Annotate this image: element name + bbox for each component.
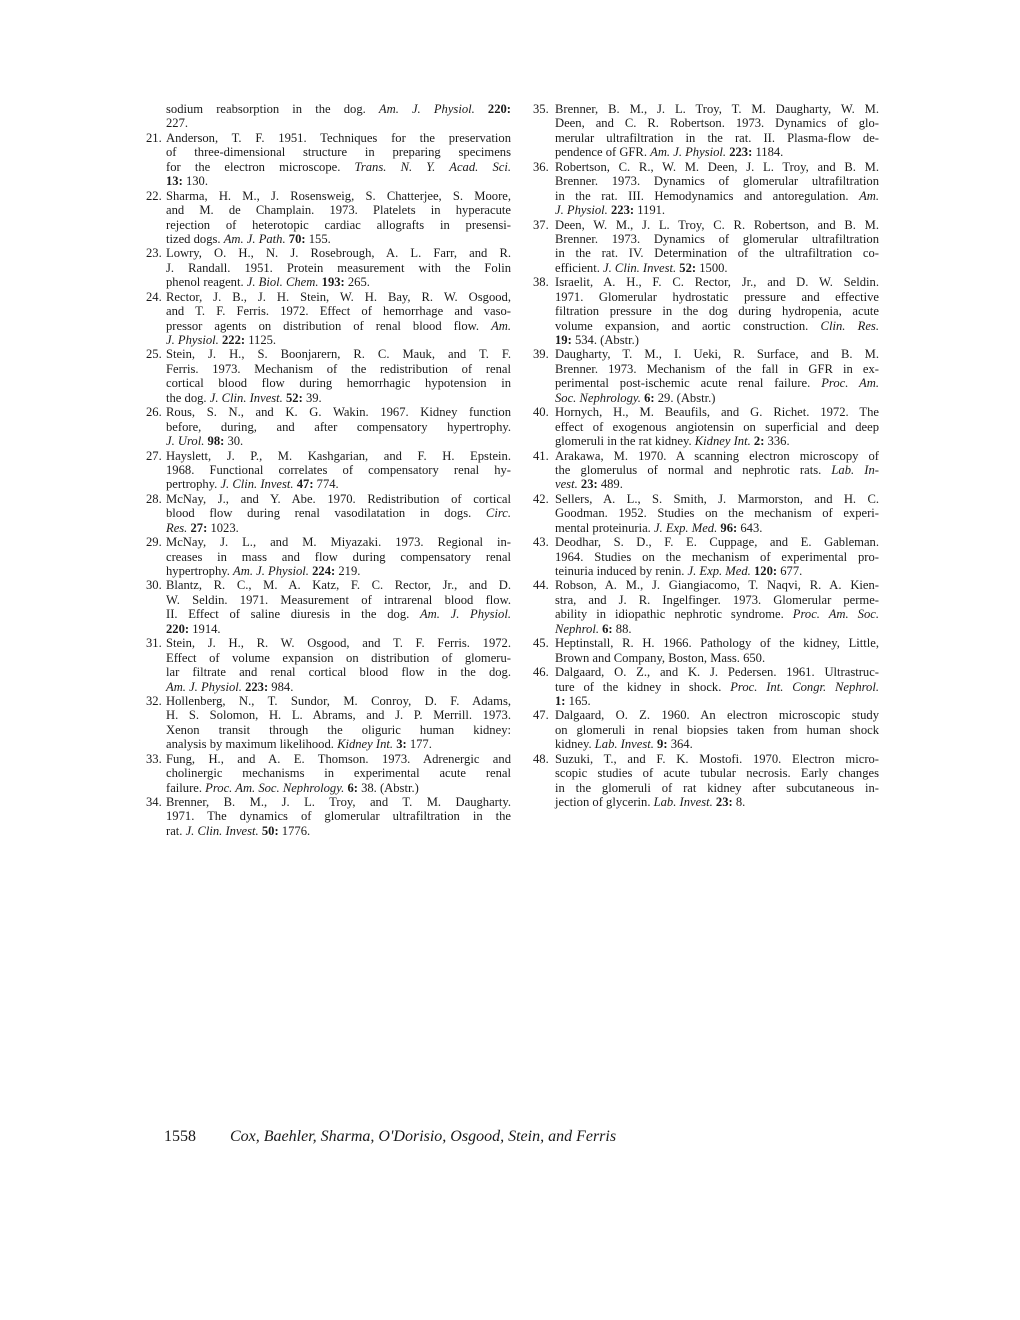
reference-line: Fung, H., and A. E. Thomson. 1973. Adren… (166, 752, 511, 766)
reference-line: blood flow during renal vasodilatation i… (166, 506, 511, 520)
reference-line: lar filtrate and renal cortical blood fl… (166, 665, 511, 679)
reference-line: Soc. Nephrology. 6: 29. (Abstr.) (555, 391, 879, 405)
reference-item: 28.McNay, J., and Y. Abe. 1970. Redistri… (166, 492, 511, 535)
reference-number: 48. (533, 752, 553, 766)
reference-line: rejection of heterotopic cardiac allogra… (166, 218, 511, 232)
reference-number: 38. (533, 275, 553, 289)
reference-number: 31. (146, 636, 166, 650)
page-footer: 1558 Cox, Baehler, Sharma, O'Dorisio, Os… (164, 1128, 616, 1146)
reference-line: W. Seldin. 1971. Measurement of intraren… (166, 593, 511, 607)
reference-line: II. Effect of saline diuresis in the dog… (166, 607, 511, 621)
reference-item: 41.Arakawa, M. 1970. A scanning electron… (555, 449, 879, 492)
reference-number: 44. (533, 578, 553, 592)
reference-item: 42.Sellers, A. L., S. Smith, J. Marmorst… (555, 492, 879, 535)
reference-number: 30. (146, 578, 166, 592)
reference-line: 1: 165. (555, 694, 879, 708)
reference-item: 31.Stein, J. H., R. W. Osgood, and T. F.… (166, 636, 511, 694)
reference-line: Lowry, O. H., N. J. Rosebrough, A. L. Fa… (166, 246, 511, 260)
reference-item: 36.Robertson, C. R., W. M. Deen, J. L. T… (555, 160, 879, 218)
reference-number: 47. (533, 708, 553, 722)
reference-line: Brenner. 1973. Mechanism of the fall in … (555, 362, 879, 376)
reference-line: Goodman. 1952. Studies on the mechanism … (555, 506, 879, 520)
reference-line: Stein, J. H., R. W. Osgood, and T. F. Fe… (166, 636, 511, 650)
reference-line: mental proteinuria. J. Exp. Med. 96: 643… (555, 521, 879, 535)
reference-line: ture of the kidney in shock. Proc. Int. … (555, 680, 879, 694)
reference-item: 33.Fung, H., and A. E. Thomson. 1973. Ad… (166, 752, 511, 795)
reference-item: 25.Stein, J. H., S. Boonjarern, R. C. Ma… (166, 347, 511, 405)
reference-number: 42. (533, 492, 553, 506)
reference-line: 1964. Studies on the mechanism of experi… (555, 550, 879, 564)
reference-number: 43. (533, 535, 553, 549)
reference-line: rat. J. Clin. Invest. 50: 1776. (166, 824, 511, 838)
reference-line: Rector, J. B., J. H. Stein, W. H. Bay, R… (166, 290, 511, 304)
reference-item: 40.Hornych, H., M. Beaufils, and G. Rich… (555, 405, 879, 448)
reference-line: Ferris. 1973. Mechanism of the redistrib… (166, 362, 511, 376)
reference-number: 40. (533, 405, 553, 419)
reference-line: Arakawa, M. 1970. A scanning electron mi… (555, 449, 879, 463)
reference-line: cortical blood flow during hemorrhagic h… (166, 376, 511, 390)
reference-number: 29. (146, 535, 166, 549)
reference-item: 37.Deen, W. M., J. L. Troy, C. R. Robert… (555, 218, 879, 276)
reference-item: 38.Israelit, A. H., F. C. Rector, Jr., a… (555, 275, 879, 347)
reference-line: Rous, S. N., and K. G. Wakin. 1967. Kidn… (166, 405, 511, 419)
reference-item: 45.Heptinstall, R. H. 1966. Pathology of… (555, 636, 879, 665)
page-number: 1558 (164, 1128, 204, 1146)
reference-item: 27.Hayslett, J. P., M. Kashgarian, and F… (166, 449, 511, 492)
reference-line: teinuria induced by renin. J. Exp. Med. … (555, 564, 879, 578)
reference-line: McNay, J., and Y. Abe. 1970. Redistribut… (166, 492, 511, 506)
reference-line: Brenner. 1973. Dynamics of glomerular ul… (555, 232, 879, 246)
reference-line: tized dogs. Am. J. Path. 70: 155. (166, 232, 511, 246)
reference-item: 22.Sharma, H. M., J. Rosensweig, S. Chat… (166, 189, 511, 247)
reference-line: Anderson, T. F. 1951. Techniques for the… (166, 131, 511, 145)
reference-number: 28. (146, 492, 166, 506)
reference-item: 35.Brenner, B. M., J. L. Troy, T. M. Dau… (555, 102, 879, 160)
reference-line: Brenner, B. M., J. L. Troy, and T. M. Da… (166, 795, 511, 809)
reference-number: 34. (146, 795, 166, 809)
reference-line: efficient. J. Clin. Invest. 52: 1500. (555, 261, 879, 275)
reference-line: before, during, and after compensatory h… (166, 420, 511, 434)
reference-line: on glomeruli in renal biopsies taken fro… (555, 723, 879, 737)
reference-number: 39. (533, 347, 553, 361)
reference-line: J. Randall. 1951. Protein measurement wi… (166, 261, 511, 275)
reference-number: 21. (146, 131, 166, 145)
reference-number: 32. (146, 694, 166, 708)
reference-line: glomeruli in the rat kidney. Kidney Int.… (555, 434, 879, 448)
reference-item: 30.Blantz, R. C., M. A. Katz, F. C. Rect… (166, 578, 511, 636)
reference-line: 1971. Glomerular hydrostatic pressure an… (555, 290, 879, 304)
reference-item: 46.Dalgaard, O. Z., and K. J. Pedersen. … (555, 665, 879, 708)
running-authors: Cox, Baehler, Sharma, O'Dorisio, Osgood,… (230, 1128, 616, 1145)
reference-line: Nephrol. 6: 88. (555, 622, 879, 636)
reference-number: 37. (533, 218, 553, 232)
reference-number: 26. (146, 405, 166, 419)
reference-line: 1971. The dynamics of glomerular ultrafi… (166, 809, 511, 823)
reference-line: 1968. Functional correlates of compensat… (166, 463, 511, 477)
reference-item: 24.Rector, J. B., J. H. Stein, W. H. Bay… (166, 290, 511, 348)
reference-number: 23. (146, 246, 166, 260)
references-left-column: sodium reabsorption in the dog. Am. J. P… (166, 102, 511, 838)
reference-line: Robertson, C. R., W. M. Deen, J. L. Troy… (555, 160, 879, 174)
reference-line: Hornych, H., M. Beaufils, and G. Richet.… (555, 405, 879, 419)
reference-line: filtration pressure in the dog during hy… (555, 304, 879, 318)
reference-line: creases in mass and flow during compensa… (166, 550, 511, 564)
reference-line: J. Urol. 98: 30. (166, 434, 511, 448)
reference-line: Suzuki, T., and F. K. Mostofi. 1970. Ele… (555, 752, 879, 766)
reference-item: 23.Lowry, O. H., N. J. Rosebrough, A. L.… (166, 246, 511, 289)
reference-line: Sellers, A. L., S. Smith, J. Marmorston,… (555, 492, 879, 506)
reference-number: 27. (146, 449, 166, 463)
reference-continuation: sodium reabsorption in the dog. Am. J. P… (166, 102, 511, 131)
reference-line: Hollenberg, N., T. Sundor, M. Conroy, D.… (166, 694, 511, 708)
reference-line: Res. 27: 1023. (166, 521, 511, 535)
reference-number: 22. (146, 189, 166, 203)
reference-line: pressor agents on distribution of renal … (166, 319, 511, 333)
reference-line: H. S. Solomon, H. L. Abrams, and J. P. M… (166, 708, 511, 722)
reference-line: McNay, J. L., and M. Miyazaki. 1973. Reg… (166, 535, 511, 549)
reference-number: 45. (533, 636, 553, 650)
reference-line: Deen, and C. R. Robertson. 1973. Dynamic… (555, 116, 879, 130)
reference-line: Deodhar, S. D., F. E. Cuppage, and E. Ga… (555, 535, 879, 549)
reference-line: ability in idiopathic nephrotic syndrome… (555, 607, 879, 621)
reference-line: for the electron microscope. Trans. N. Y… (166, 160, 511, 174)
reference-line: Blantz, R. C., M. A. Katz, F. C. Rector,… (166, 578, 511, 592)
reference-line: and M. de Champlain. 1973. Platelets in … (166, 203, 511, 217)
reference-number: 25. (146, 347, 166, 361)
reference-number: 46. (533, 665, 553, 679)
reference-line: Effect of volume expansion on distributi… (166, 651, 511, 665)
reference-line: scopic studies of acute tubular necrosis… (555, 766, 879, 780)
reference-line: in the rat. III. Hemodynamics and antore… (555, 189, 879, 203)
reference-line: Brown and Company, Boston, Mass. 650. (555, 651, 879, 665)
reference-item: 32.Hollenberg, N., T. Sundor, M. Conroy,… (166, 694, 511, 752)
reference-line: the dog. J. Clin. Invest. 52: 39. (166, 391, 511, 405)
reference-line: hypertrophy. Am. J. Physiol. 224: 219. (166, 564, 511, 578)
reference-line: Dalgaard, O. Z. 1960. An electron micros… (555, 708, 879, 722)
reference-line: and T. F. Ferris. 1972. Effect of hemorr… (166, 304, 511, 318)
reference-item: 26.Rous, S. N., and K. G. Wakin. 1967. K… (166, 405, 511, 448)
reference-item: 39.Daugharty, T. M., I. Ueki, R. Surface… (555, 347, 879, 405)
reference-line: 220: 1914. (166, 622, 511, 636)
reference-line: vest. 23: 489. (555, 477, 879, 491)
reference-line: failure. Proc. Am. Soc. Nephrology. 6: 3… (166, 781, 511, 795)
reference-line: pendence of GFR. Am. J. Physiol. 223: 11… (555, 145, 879, 159)
references-right-column: 35.Brenner, B. M., J. L. Troy, T. M. Dau… (555, 102, 879, 809)
reference-line: Hayslett, J. P., M. Kashgarian, and F. H… (166, 449, 511, 463)
reference-line: Am. J. Physiol. 223: 984. (166, 680, 511, 694)
reference-line: Sharma, H. M., J. Rosensweig, S. Chatter… (166, 189, 511, 203)
reference-line: analysis by maximum likelihood. Kidney I… (166, 737, 511, 751)
reference-item: 43.Deodhar, S. D., F. E. Cuppage, and E.… (555, 535, 879, 578)
reference-number: 36. (533, 160, 553, 174)
reference-line: Brenner, B. M., J. L. Troy, T. M. Daugha… (555, 102, 879, 116)
reference-line: 13: 130. (166, 174, 511, 188)
reference-line: of three-dimensional structure in prepar… (166, 145, 511, 159)
reference-line: jection of glycerin. Lab. Invest. 23: 8. (555, 795, 879, 809)
reference-number: 33. (146, 752, 166, 766)
reference-line: phenol reagent. J. Biol. Chem. 193: 265. (166, 275, 511, 289)
reference-line: cholinergic mechanisms in experimental a… (166, 766, 511, 780)
reference-line: Dalgaard, O. Z., and K. J. Pedersen. 196… (555, 665, 879, 679)
reference-line: Deen, W. M., J. L. Troy, C. R. Robertson… (555, 218, 879, 232)
reference-line: Heptinstall, R. H. 1966. Pathology of th… (555, 636, 879, 650)
reference-item: 44.Robson, A. M., J. Giangiacomo, T. Naq… (555, 578, 879, 636)
reference-line: volume expansion, and aortic constructio… (555, 319, 879, 333)
reference-line: Israelit, A. H., F. C. Rector, Jr., and … (555, 275, 879, 289)
reference-line: in the rat. IV. Determination of the ult… (555, 246, 879, 260)
reference-line: stra, and J. R. Ingelfinger. 1973. Glome… (555, 593, 879, 607)
reference-line: pertrophy. J. Clin. Invest. 47: 774. (166, 477, 511, 491)
reference-item: 29.McNay, J. L., and M. Miyazaki. 1973. … (166, 535, 511, 578)
reference-item: 21.Anderson, T. F. 1951. Techniques for … (166, 131, 511, 189)
reference-list-left: 21.Anderson, T. F. 1951. Techniques for … (166, 131, 511, 838)
reference-line: the glomerulus of normal and nephrotic r… (555, 463, 879, 477)
reference-item: 34.Brenner, B. M., J. L. Troy, and T. M.… (166, 795, 511, 838)
reference-line: Robson, A. M., J. Giangiacomo, T. Naqvi,… (555, 578, 879, 592)
reference-number: 41. (533, 449, 553, 463)
reference-line: Xenon transit through the oliguric human… (166, 723, 511, 737)
reference-number: 24. (146, 290, 166, 304)
reference-line: merular ultrafiltration in the rat. II. … (555, 131, 879, 145)
reference-line: kidney. Lab. Invest. 9: 364. (555, 737, 879, 751)
reference-line: J. Physiol. 222: 1125. (166, 333, 511, 347)
reference-line: perimental post-ischemic acute renal fai… (555, 376, 879, 390)
reference-line: Brenner. 1973. Dynamics of glomerular ul… (555, 174, 879, 188)
reference-line: 227. (166, 116, 511, 130)
reference-line: Daugharty, T. M., I. Ueki, R. Surface, a… (555, 347, 879, 361)
reference-number: 35. (533, 102, 553, 116)
reference-line: J. Physiol. 223: 1191. (555, 203, 879, 217)
reference-item: 47.Dalgaard, O. Z. 1960. An electron mic… (555, 708, 879, 751)
reference-line: effect of exogenous angiotensin on super… (555, 420, 879, 434)
reference-line: Stein, J. H., S. Boonjarern, R. C. Mauk,… (166, 347, 511, 361)
reference-list-right: 35.Brenner, B. M., J. L. Troy, T. M. Dau… (555, 102, 879, 809)
reference-line: 19: 534. (Abstr.) (555, 333, 879, 347)
reference-item: 48.Suzuki, T., and F. K. Mostofi. 1970. … (555, 752, 879, 810)
reference-line: in the glomeruli of rat kidney after sub… (555, 781, 879, 795)
reference-line: sodium reabsorption in the dog. Am. J. P… (166, 102, 511, 116)
